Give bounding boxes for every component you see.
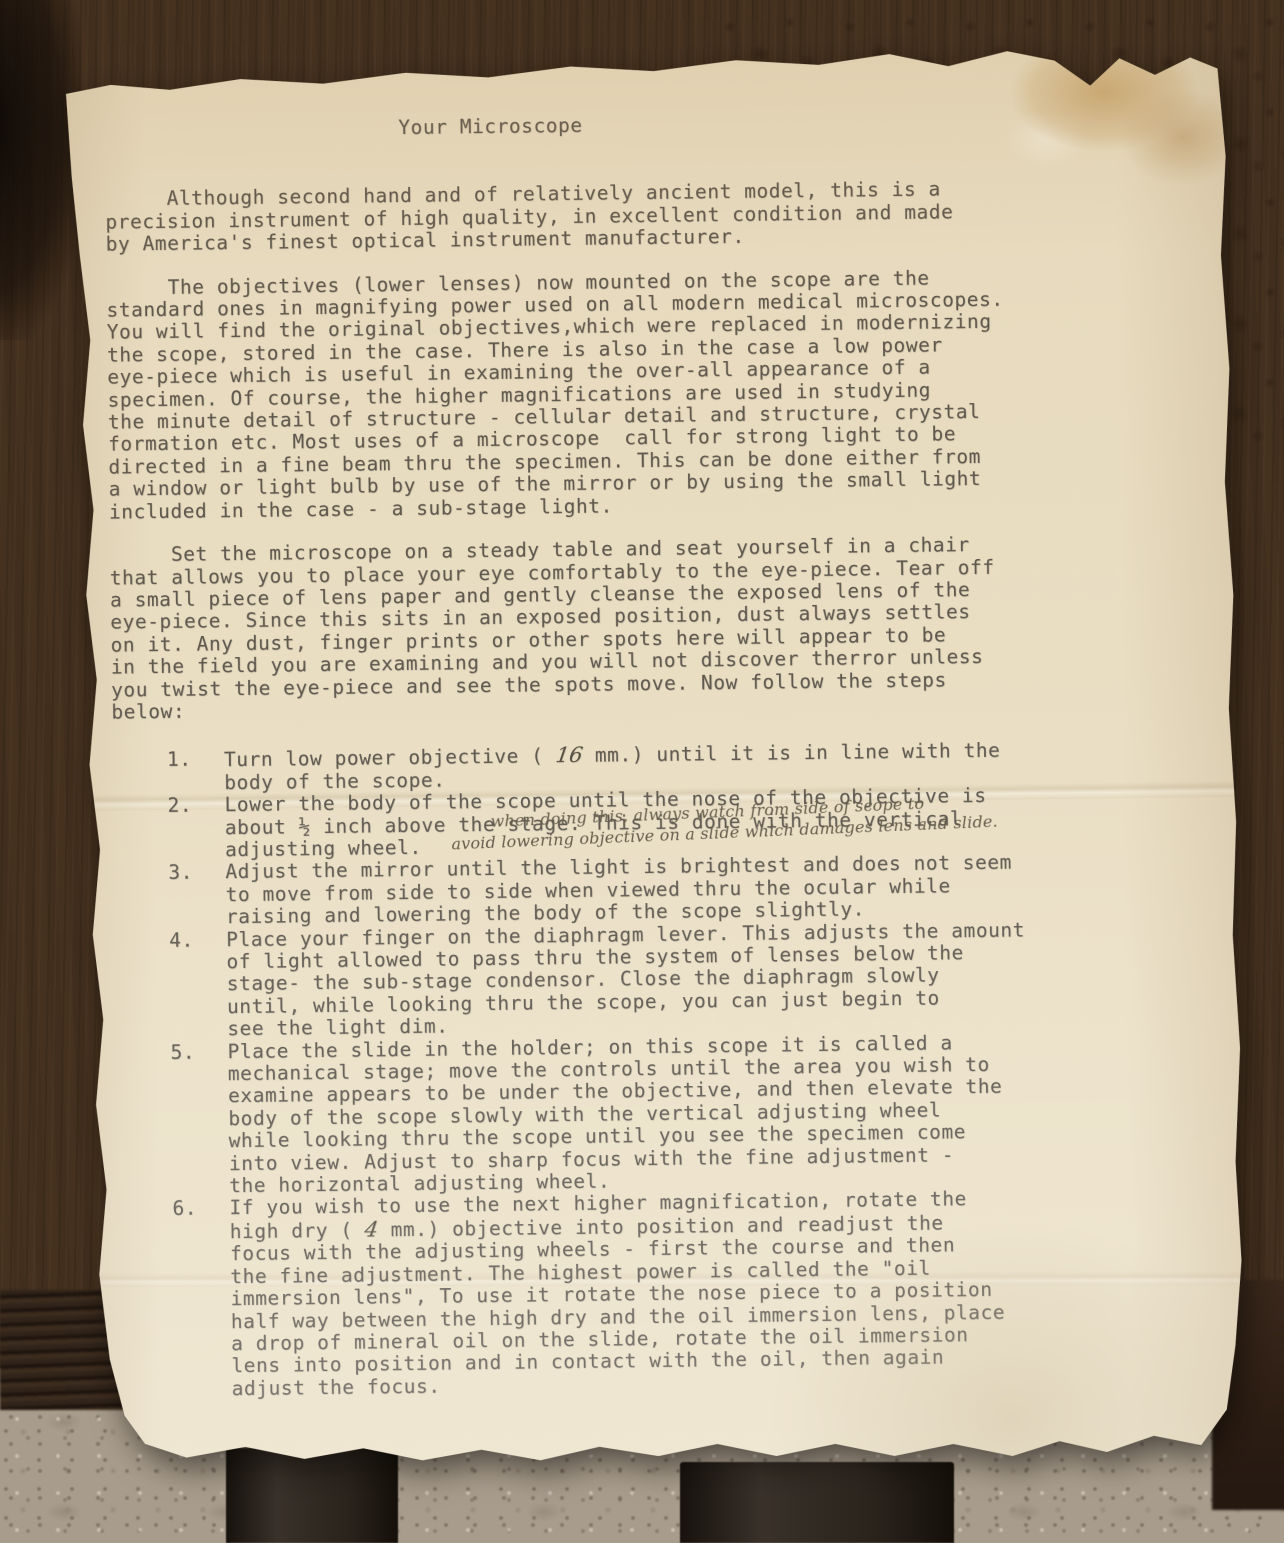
item-text-segment: Turn low power objective ( <box>224 744 556 771</box>
table-leg-right <box>680 1462 954 1543</box>
item-text: Adjust the mirror until the light is bri… <box>225 850 1208 929</box>
photo-of-document-on-table: Your Microscope Although second hand and… <box>0 0 1284 1543</box>
item-number: 1. <box>167 749 225 796</box>
list-item-5: 5. Place the slide in the holder; on thi… <box>115 1029 1211 1199</box>
handwritten-number-16: 16 <box>554 744 584 767</box>
list-item-4: 4. Place your finger on the diaphragm le… <box>114 917 1209 1042</box>
list-item-6: 6. If you wish to use the next higher ma… <box>117 1186 1213 1402</box>
item-number: 3. <box>168 862 226 930</box>
item-text: If you wish to use the next higher magni… <box>229 1186 1213 1401</box>
item-text: Place your finger on the diaphragm lever… <box>226 917 1209 1041</box>
paragraph-intro: Although second hand and of relatively a… <box>105 176 1200 257</box>
item-text: Place the slide in the holder; on this s… <box>227 1029 1211 1198</box>
paragraph-objectives: The objectives (lower lenses) now mounte… <box>106 264 1203 524</box>
item-number: 5. <box>170 1041 229 1199</box>
item-number: 2. <box>167 794 225 862</box>
page-title: Your Microscope <box>398 107 1198 139</box>
paper-sheet: Your Microscope Although second hand and… <box>51 43 1248 1473</box>
item-number: 6. <box>172 1198 231 1401</box>
paragraph-setup: Set the microscope on a steady table and… <box>109 531 1205 724</box>
paper-sheet-wrapper: Your Microscope Although second hand and… <box>51 43 1248 1473</box>
typed-content: Your Microscope Although second hand and… <box>104 107 1214 1456</box>
item-number: 4. <box>169 929 227 1042</box>
